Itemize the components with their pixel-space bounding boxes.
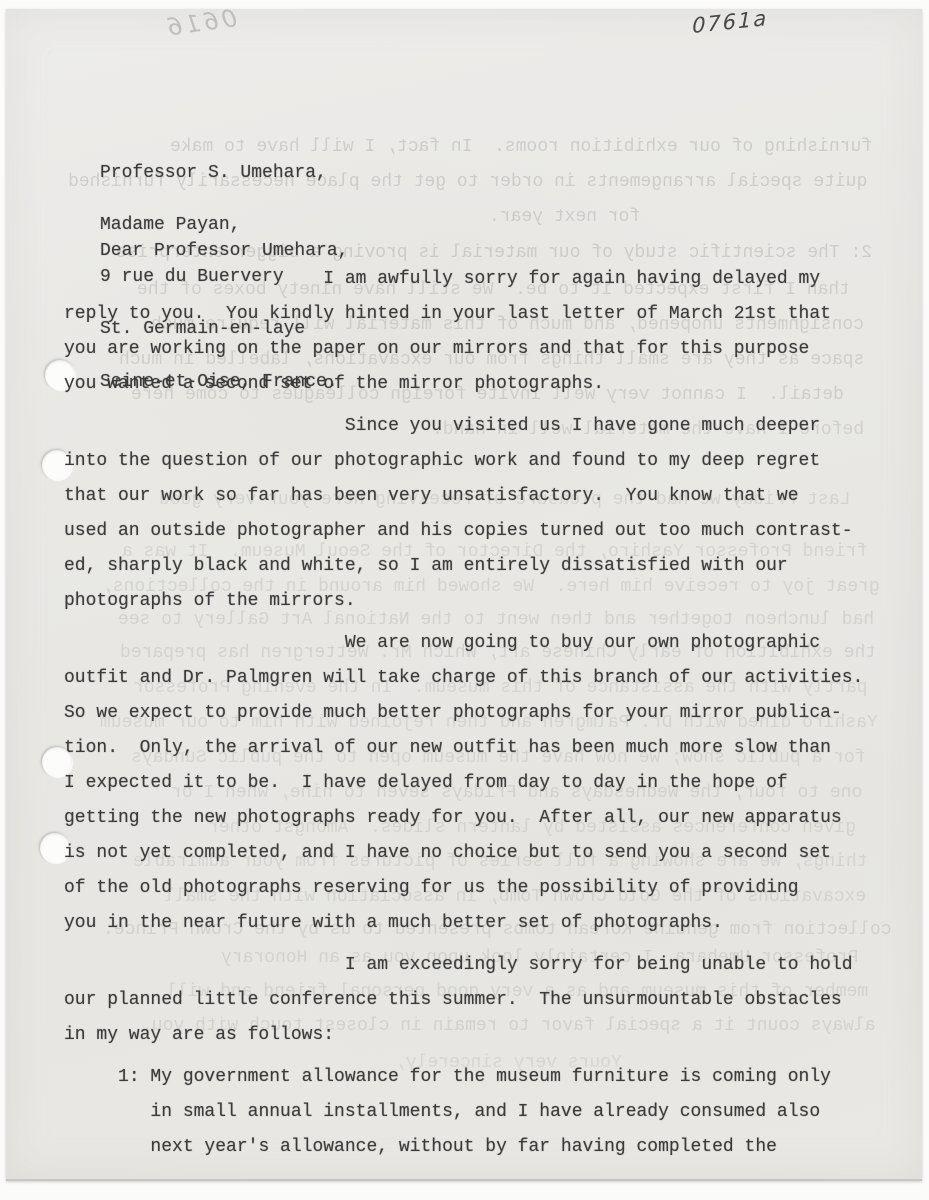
body-paragraph: Since you visited us I have gone much de… <box>64 409 910 619</box>
salutation: Dear Professor Umehara, <box>100 241 348 261</box>
scanned-letter-page: { "colors": { "paper": "#e9e8e5", "ink":… <box>0 0 929 1200</box>
handwritten-archive-number: 0761a <box>692 6 768 38</box>
bleedthrough-line: for next year. <box>489 207 640 227</box>
letter-paper: furnishing of our exhibition rooms. In f… <box>6 9 922 1181</box>
body-paragraph: I am exceedingly sorry for being unable … <box>64 948 910 1053</box>
numbered-list-item: 1: My government allowance for the museu… <box>64 1060 910 1165</box>
bleedthrough-handwritten-number: 0616 <box>162 4 238 42</box>
address-line: Madame Payan, <box>100 217 338 234</box>
body-paragraph: I am awfully sorry for again having dela… <box>64 262 910 402</box>
letter-body: I am awfully sorry for again having dela… <box>64 262 910 1172</box>
body-paragraph: We are now going to buy our own photogra… <box>64 626 910 941</box>
address-line: Professor S. Umehara, <box>100 165 338 182</box>
